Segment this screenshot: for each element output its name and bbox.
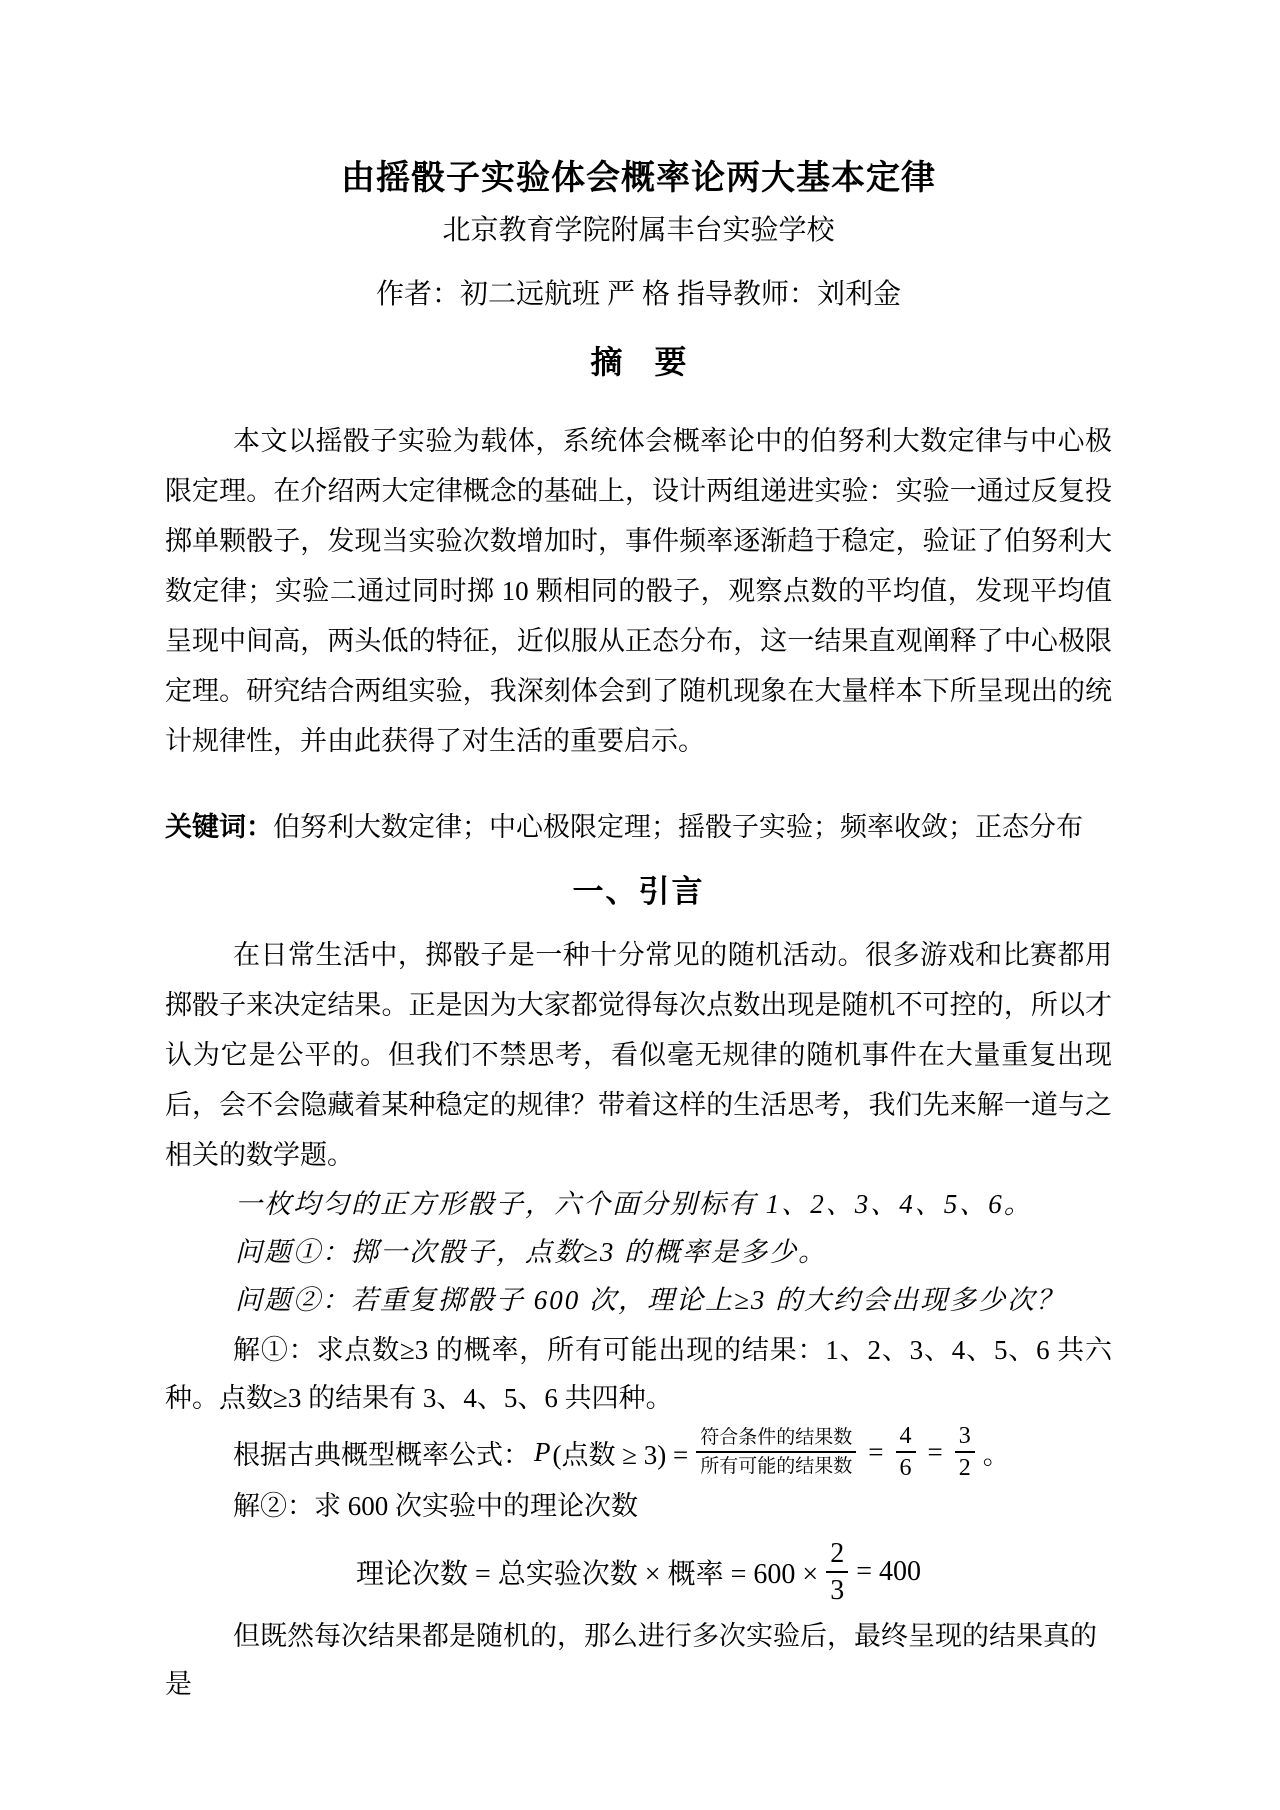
document-page: 由摇骰子实验体会概率论两大基本定律 北京教育学院附属丰台实验学校 作者：初二远航… [0, 0, 1280, 1810]
solution-2-lead: 解②：求 600 次实验中的理论次数 [165, 1482, 1112, 1530]
formula-rhs: = 400 [856, 1556, 921, 1588]
author-line: 作者：初二远航班 严 格 指导教师：刘利金 [165, 278, 1112, 312]
formula-theoretical-count: 理论次数 = 总实验次数 × 概率 = 600 ×23= 400 [165, 1534, 1112, 1610]
abstract-heading: 摘 要 [165, 342, 1112, 382]
problem-question-2: 问题②：若重复掷骰子 600 次，理论上≥3 的大约会出现多少次？ [165, 1276, 1112, 1324]
formula-lead: 根据古典概型概率公式： [233, 1433, 530, 1472]
equals-sign: = [928, 1437, 943, 1468]
keywords-text: 伯努利大数定律；中心极限定理；摇骰子实验；频率收敛；正态分布 [273, 812, 1083, 842]
fraction-4-6: 46 [896, 1422, 916, 1482]
problem-question-1: 问题①：掷一次骰子，点数≥3 的概率是多少。 [165, 1228, 1112, 1276]
formula-period: 。 [983, 1433, 1010, 1472]
introduction-paragraph: 在日常生活中，掷骰子是一种十分常见的随机活动。很多游戏和比赛都用掷骰子来决定结果… [165, 930, 1112, 1180]
formula-lhs: 理论次数 = 总实验次数 × 概率 = 600 × [356, 1552, 818, 1592]
keywords-label: 关键词： [165, 812, 273, 842]
problem-statement: 一枚均匀的正方形骰子，六个面分别标有 1、2、3、4、5、6。 [165, 1180, 1112, 1228]
probability-symbol: P [534, 1437, 551, 1468]
section-heading-introduction: 一、引言 [165, 872, 1112, 912]
keywords-line: 关键词：伯努利大数定律；中心极限定理；摇骰子实验；频率收敛；正态分布 [165, 802, 1112, 852]
fraction-2-3: 23 [826, 1537, 848, 1607]
formula-argument: (点数 ≥ 3) = [553, 1433, 689, 1472]
school-name: 北京教育学院附属丰台实验学校 [165, 214, 1112, 248]
paper-title: 由摇骰子实验体会概率论两大基本定律 [165, 156, 1112, 200]
abstract-body: 本文以摇骰子实验为载体，系统体会概率论中的伯努利大数定律与中心极限定理。在介绍两… [165, 416, 1112, 766]
equals-sign: = [868, 1437, 883, 1468]
closing-paragraph: 但既然每次结果都是随机的，那么进行多次实验后，最终呈现的结果真的是 [165, 1612, 1112, 1708]
fraction-favorable-over-total: 符合条件的结果数所有可能的结果数 [696, 1425, 856, 1479]
formula-classical-probability: 根据古典概型概率公式：P(点数 ≥ 3) =符合条件的结果数所有可能的结果数=4… [165, 1422, 1112, 1482]
fraction-3-2: 32 [955, 1422, 975, 1482]
solution-1: 解①：求点数≥3 的概率，所有可能出现的结果：1、2、3、4、5、6 共六种。点… [165, 1326, 1112, 1422]
